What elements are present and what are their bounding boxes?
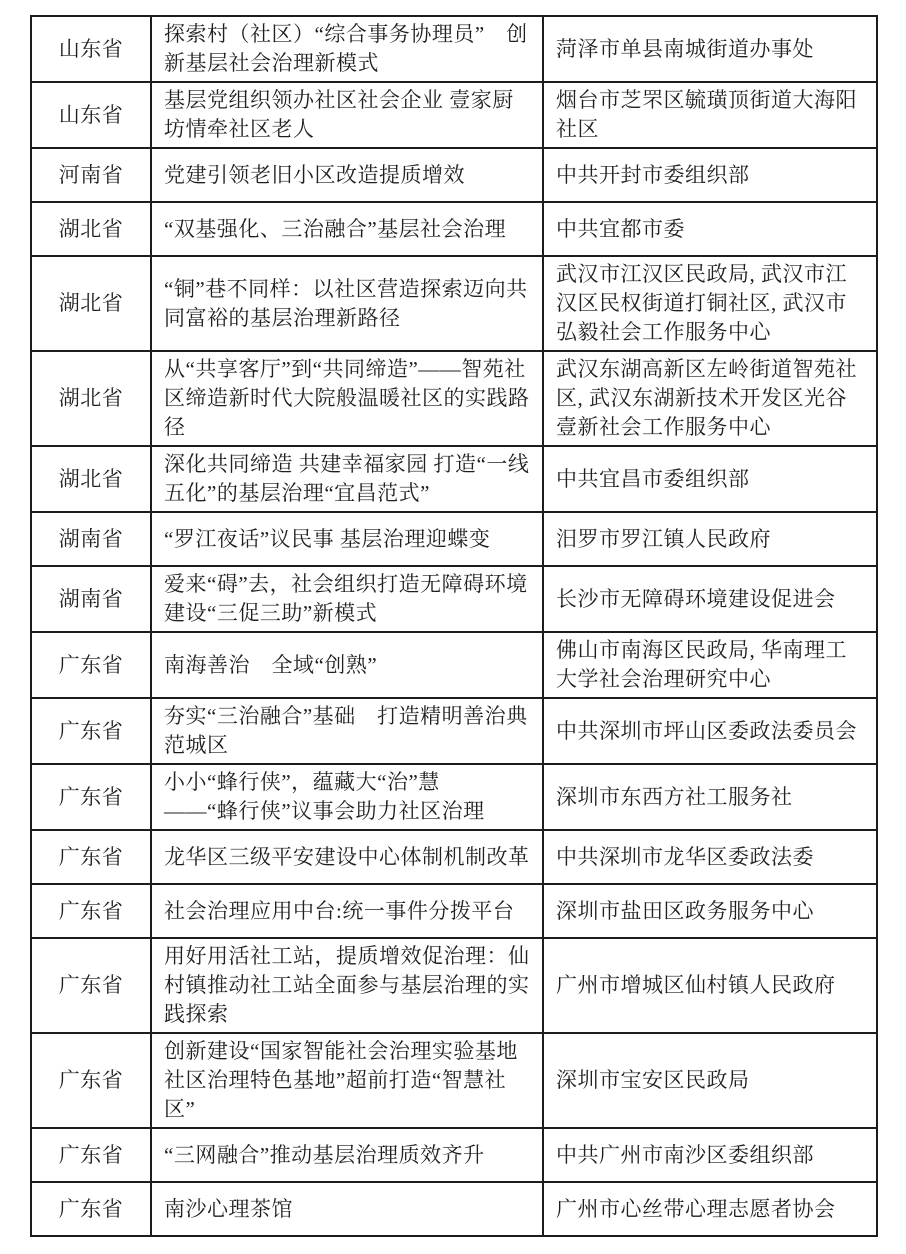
- organization-cell: 中共开封市委组织部: [543, 148, 877, 202]
- awards-table-body: 山东省 探索村（社区）“综合事务协理员” 创新基层社会治理新模式 菏泽市单县南城…: [31, 16, 877, 1236]
- table-row: 河南省 党建引领老旧小区改造提质增效 中共开封市委组织部: [31, 148, 877, 202]
- title-cell: 基层党组织领办社区社会企业 壹家厨坊情牵社区老人: [151, 82, 543, 148]
- title-cell: 龙华区三级平安建设中心体制机制改革: [151, 830, 543, 884]
- table-row: 广东省 创新建设“国家智能社会治理实验基地社区治理特色基地”超前打造“智慧社区”…: [31, 1033, 877, 1128]
- province-cell: 湖北省: [31, 446, 151, 512]
- province-cell: 湖北省: [31, 202, 151, 256]
- title-cell: 从“共享客厅”到“共同缔造”——智苑社区缔造新时代大院般温暖社区的实践路径: [151, 351, 543, 446]
- province-cell: 广东省: [31, 632, 151, 698]
- table-row: 山东省 探索村（社区）“综合事务协理员” 创新基层社会治理新模式 菏泽市单县南城…: [31, 16, 877, 82]
- title-cell: 社会治理应用中台:统一事件分拨平台: [151, 884, 543, 938]
- table-row: 湖南省 “罗江夜话”议民事 基层治理迎蝶变 汨罗市罗江镇人民政府: [31, 512, 877, 566]
- table-row: 湖北省 “铜”巷不同样：以社区营造探索迈向共同富裕的基层治理新路径 武汉市江汉区…: [31, 256, 877, 351]
- province-cell: 广东省: [31, 938, 151, 1033]
- province-cell: 广东省: [31, 698, 151, 764]
- document-page: 山东省 探索村（社区）“综合事务协理员” 创新基层社会治理新模式 菏泽市单县南城…: [0, 0, 906, 1254]
- title-cell: 用好用活社工站，提质增效促治理：仙村镇推动社工站全面参与基层治理的实践探索: [151, 938, 543, 1033]
- awards-table: 山东省 探索村（社区）“综合事务协理员” 创新基层社会治理新模式 菏泽市单县南城…: [30, 15, 878, 1237]
- title-cell: 南海善治 全域“创熟”: [151, 632, 543, 698]
- organization-cell: 长沙市无障碍环境建设促进会: [543, 566, 877, 632]
- title-cell: 党建引领老旧小区改造提质增效: [151, 148, 543, 202]
- table-row: 广东省 社会治理应用中台:统一事件分拨平台 深圳市盐田区政务服务中心: [31, 884, 877, 938]
- province-cell: 广东省: [31, 884, 151, 938]
- organization-cell: 中共宜都市委: [543, 202, 877, 256]
- title-cell: 爱来“碍”去，社会组织打造无障碍环境建设“三促三助”新模式: [151, 566, 543, 632]
- table-row: 湖北省 深化共同缔造 共建幸福家园 打造“一线五化”的基层治理“宜昌范式” 中共…: [31, 446, 877, 512]
- title-cell: 深化共同缔造 共建幸福家园 打造“一线五化”的基层治理“宜昌范式”: [151, 446, 543, 512]
- province-cell: 湖北省: [31, 256, 151, 351]
- table-row: 广东省 用好用活社工站，提质增效促治理：仙村镇推动社工站全面参与基层治理的实践探…: [31, 938, 877, 1033]
- province-cell: 广东省: [31, 764, 151, 830]
- organization-cell: 中共宜昌市委组织部: [543, 446, 877, 512]
- province-cell: 湖北省: [31, 351, 151, 446]
- province-cell: 广东省: [31, 1182, 151, 1236]
- province-cell: 湖南省: [31, 512, 151, 566]
- province-cell: 湖南省: [31, 566, 151, 632]
- table-row: 广东省 南海善治 全域“创熟” 佛山市南海区民政局, 华南理工大学社会治理研究中…: [31, 632, 877, 698]
- province-cell: 广东省: [31, 830, 151, 884]
- province-cell: 河南省: [31, 148, 151, 202]
- organization-cell: 广州市心丝带心理志愿者协会: [543, 1182, 877, 1236]
- organization-cell: 武汉市江汉区民政局, 武汉市江汉区民权街道打铜社区, 武汉市弘毅社会工作服务中心: [543, 256, 877, 351]
- organization-cell: 佛山市南海区民政局, 华南理工大学社会治理研究中心: [543, 632, 877, 698]
- table-row: 广东省 夯实“三治融合”基础 打造精明善治典范城区 中共深圳市坪山区委政法委员会: [31, 698, 877, 764]
- table-row: 湖北省 “双基强化、三治融合”基层社会治理 中共宜都市委: [31, 202, 877, 256]
- province-cell: 山东省: [31, 16, 151, 82]
- title-cell: 南沙心理茶馆: [151, 1182, 543, 1236]
- organization-cell: 深圳市东西方社工服务社: [543, 764, 877, 830]
- title-cell: “双基强化、三治融合”基层社会治理: [151, 202, 543, 256]
- province-cell: 山东省: [31, 82, 151, 148]
- title-cell: 夯实“三治融合”基础 打造精明善治典范城区: [151, 698, 543, 764]
- organization-cell: 深圳市宝安区民政局: [543, 1033, 877, 1128]
- organization-cell: 中共广州市南沙区委组织部: [543, 1128, 877, 1182]
- organization-cell: 中共深圳市龙华区委政法委: [543, 830, 877, 884]
- title-cell: 小小“蜂行侠”，蕴藏大“治”慧 ——“蜂行侠”议事会助力社区治理: [151, 764, 543, 830]
- table-row: 广东省 南沙心理茶馆 广州市心丝带心理志愿者协会: [31, 1182, 877, 1236]
- organization-cell: 中共深圳市坪山区委政法委员会: [543, 698, 877, 764]
- table-row: 广东省 小小“蜂行侠”，蕴藏大“治”慧 ——“蜂行侠”议事会助力社区治理 深圳市…: [31, 764, 877, 830]
- title-cell: “铜”巷不同样：以社区营造探索迈向共同富裕的基层治理新路径: [151, 256, 543, 351]
- organization-cell: 广州市增城区仙村镇人民政府: [543, 938, 877, 1033]
- title-cell: 探索村（社区）“综合事务协理员” 创新基层社会治理新模式: [151, 16, 543, 82]
- table-row: 湖北省 从“共享客厅”到“共同缔造”——智苑社区缔造新时代大院般温暖社区的实践路…: [31, 351, 877, 446]
- title-cell: 创新建设“国家智能社会治理实验基地社区治理特色基地”超前打造“智慧社区”: [151, 1033, 543, 1128]
- organization-cell: 烟台市芝罘区毓璜顶街道大海阳社区: [543, 82, 877, 148]
- province-cell: 广东省: [31, 1128, 151, 1182]
- title-cell: “三网融合”推动基层治理质效齐升: [151, 1128, 543, 1182]
- table-row: 湖南省 爱来“碍”去，社会组织打造无障碍环境建设“三促三助”新模式 长沙市无障碍…: [31, 566, 877, 632]
- organization-cell: 武汉东湖高新区左岭街道智苑社区, 武汉东湖新技术开发区光谷壹新社会工作服务中心: [543, 351, 877, 446]
- table-row: 广东省 “三网融合”推动基层治理质效齐升 中共广州市南沙区委组织部: [31, 1128, 877, 1182]
- organization-cell: 菏泽市单县南城街道办事处: [543, 16, 877, 82]
- table-row: 广东省 龙华区三级平安建设中心体制机制改革 中共深圳市龙华区委政法委: [31, 830, 877, 884]
- title-cell: “罗江夜话”议民事 基层治理迎蝶变: [151, 512, 543, 566]
- table-row: 山东省 基层党组织领办社区社会企业 壹家厨坊情牵社区老人 烟台市芝罘区毓璜顶街道…: [31, 82, 877, 148]
- organization-cell: 深圳市盐田区政务服务中心: [543, 884, 877, 938]
- province-cell: 广东省: [31, 1033, 151, 1128]
- organization-cell: 汨罗市罗江镇人民政府: [543, 512, 877, 566]
